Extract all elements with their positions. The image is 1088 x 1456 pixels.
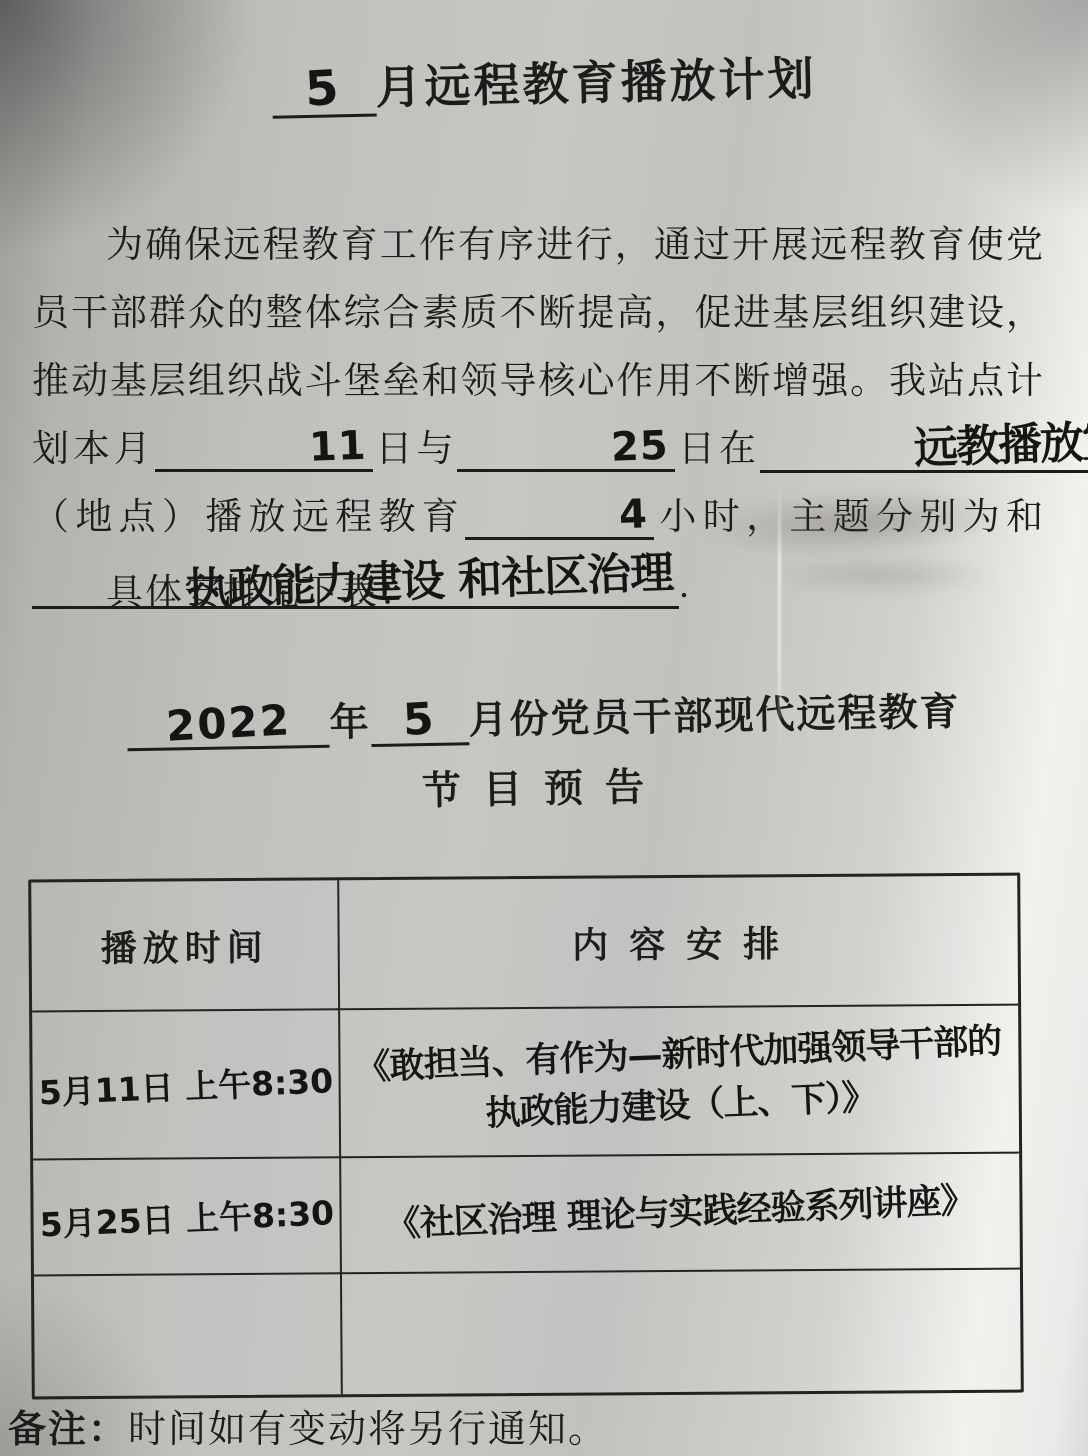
location-handwritten: 远教播放室 [839, 419, 1088, 475]
paper-crease [778, 480, 781, 750]
table-row-3-time [34, 1274, 343, 1396]
schedule-table: 播放时间 内 容 安 排 5月11日 上午8:30 《敢担当、有作为—新时代加强… [28, 873, 1024, 1400]
day2-handwritten: 25 [537, 425, 670, 472]
year-blank: 2022 [127, 700, 330, 752]
row-1-time-text: 5月11日 上午8:30 [38, 1055, 334, 1114]
paragraph-part2: 日与 [373, 429, 458, 470]
row-1-content-text: 《敢担当、有作为—新时代加强领导干部的执政能力建设（上、下）》 [353, 1017, 1007, 1146]
document-title: 5月远程教育播放计划 [0, 37, 1088, 126]
day1-blank: 11 [155, 427, 373, 472]
table-row-1-time: 5月11日 上午8:30 [32, 1010, 341, 1160]
table-row-2-time: 5月25日 上午8:30 [33, 1158, 342, 1276]
year-label: 年 [329, 701, 371, 745]
day1-handwritten: 11 [234, 425, 367, 472]
day2-blank: 25 [457, 427, 675, 472]
document-page: 5月远程教育播放计划 为确保远程教育工作有序进行，通过开展远程教育使党员干部群众… [0, 0, 1088, 1456]
table-row-3-content [342, 1270, 1021, 1395]
row-2-content-text: 《社区治理 理论与实践经验系列讲座》 [385, 1175, 976, 1250]
program-heading: 2022年5月份党员干部现代远程教育 [0, 679, 1088, 754]
hours-handwritten: 4 [545, 493, 649, 539]
program-heading-rest: 月份党员干部现代远程教育 [468, 691, 961, 743]
table-row-1-content: 《敢担当、有作为—新时代加强领导干部的执政能力建设（上、下）》 [340, 1006, 1019, 1159]
month-blank: 5 [370, 696, 469, 747]
row-2-time-text: 5月25日 上午8:30 [38, 1187, 334, 1246]
paragraph-part3: 日在 [675, 429, 760, 470]
table-row-2-content: 《社区治理 理论与实践经验系列讲座》 [341, 1154, 1020, 1275]
column-header-content: 内 容 安 排 [339, 876, 1018, 1011]
paragraph-part4: （地点）播放远程教育 [32, 497, 465, 538]
remark-note: 备注：时间如有变动将另行通知。 [8, 1398, 1068, 1453]
year-handwritten: 2022 [165, 698, 292, 749]
remark-label: 备注： [8, 1409, 128, 1451]
title-month-blank: 5 [271, 63, 376, 120]
remark-text: 时间如有变动将另行通知。 [128, 1409, 608, 1451]
paper-smudge [760, 555, 1000, 595]
column-header-time: 播放时间 [31, 880, 340, 1012]
program-subtitle: 节目预告 [0, 749, 1088, 824]
month-handwritten: 5 [402, 696, 437, 744]
title-month-handwritten: 5 [304, 63, 343, 115]
title-text: 月远程教育播放计划 [375, 53, 817, 113]
hours-blank: 4 [465, 495, 654, 540]
location-blank: 远教播放室 [760, 424, 1088, 473]
